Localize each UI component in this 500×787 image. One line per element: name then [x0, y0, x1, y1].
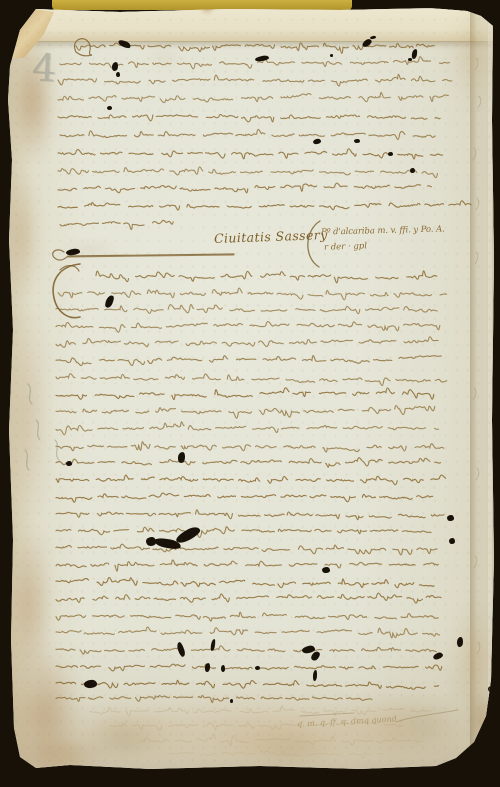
script-line-p2: [56, 578, 434, 588]
margin-mark: [28, 384, 32, 404]
margin-mark: [475, 252, 478, 264]
script-line-p2: [56, 475, 446, 485]
ghost-script-line: [170, 750, 382, 758]
script-line-p2: [56, 304, 437, 313]
margin-mark: [478, 96, 481, 108]
script-line-p1: [58, 201, 471, 210]
ink-blot: [354, 139, 360, 143]
script-line-p2: [56, 388, 434, 400]
script-line-p1: [58, 92, 448, 102]
margin-mark: [475, 58, 478, 70]
ink-blot: [255, 666, 260, 670]
script-line-p1: [58, 183, 431, 193]
ink-blot: [322, 567, 330, 573]
ink-blot: [447, 515, 454, 521]
script-line-p2: [56, 646, 436, 654]
script-line-p2: [56, 696, 372, 703]
ink-blot: [221, 665, 225, 672]
script-line-p2: [56, 406, 435, 419]
script-line-p2: [56, 680, 439, 689]
script-line-p2: [58, 288, 447, 300]
script-line-p2: [56, 544, 437, 555]
script-line-p2: [56, 442, 444, 452]
ink-blot: [408, 58, 412, 61]
ink-blot: [107, 106, 112, 110]
script-line-p2: [56, 627, 440, 638]
margin-mark: [55, 440, 59, 460]
script-line-p2: [56, 422, 439, 435]
script-line-p2: [56, 527, 431, 538]
ink-blot: [449, 538, 455, 544]
script-line-p1: [60, 129, 435, 139]
marginal-note-line2: r der · gpl: [324, 241, 367, 252]
margin-mark: [476, 198, 479, 210]
script-line-p2: [56, 356, 441, 366]
margin-mark: [477, 642, 480, 654]
ink-blot: [116, 72, 120, 77]
underlying-leaf-edge: [52, 0, 352, 10]
margin-mark: [473, 388, 476, 400]
script-line-p2: [56, 374, 447, 386]
ink-blot: [388, 152, 393, 156]
margin-mark: [473, 148, 476, 160]
ink-blot: [330, 54, 333, 57]
flourish-stroke: [396, 710, 458, 722]
script-line-p2: [56, 560, 438, 571]
script-line-p2: [56, 458, 440, 467]
margin-mark: [25, 450, 29, 470]
margin-mark: [36, 420, 40, 440]
margin-mark: [474, 556, 477, 568]
ink-blot: [66, 461, 72, 466]
manuscript-page: 4 Ciuitatis Sassery Pº d'alcariba m. v. …: [0, 0, 500, 787]
script-line-p2: [56, 493, 433, 502]
ink-blot: [410, 168, 415, 173]
script-line-p2: [56, 337, 438, 347]
script-line-p1: [60, 220, 173, 229]
script-line-p1: [58, 114, 440, 121]
script-line-p2: [56, 612, 438, 621]
ghost-script-line: [140, 734, 422, 746]
margin-mark: [476, 468, 479, 480]
script-line-p2: [96, 271, 437, 283]
script-line-p2: [56, 664, 442, 671]
folio-number: 4: [31, 45, 57, 90]
ink-blot: [488, 686, 494, 692]
manuscript-photo: 4 Ciuitatis Sassery Pº d'alcariba m. v. …: [0, 0, 500, 787]
script-line-p1: [58, 149, 443, 159]
script-line-p1: [58, 167, 437, 178]
script-line-p2: [56, 593, 441, 603]
ink-blot: [230, 699, 233, 703]
handwriting-layer: [0, 0, 500, 787]
script-line-p2: [56, 322, 440, 333]
flourish-stroke: [300, 713, 354, 716]
script-line-p2: [56, 510, 444, 520]
